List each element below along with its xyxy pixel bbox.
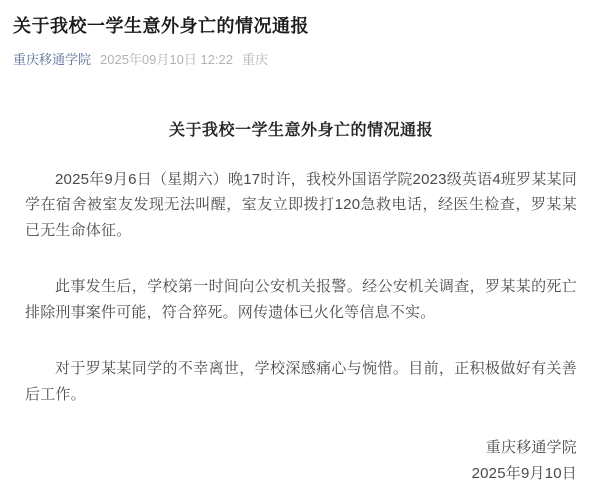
signature-date: 2025年9月10日 bbox=[25, 461, 577, 487]
source-account-link[interactable]: 重庆移通学院 bbox=[13, 52, 91, 67]
signature-issuer: 重庆移通学院 bbox=[25, 435, 577, 461]
article-paragraph-3: 对于罗某某同学的不幸离世，学校深感痛心与惋惜。目前，正积极做好有关善后工作。 bbox=[25, 356, 577, 407]
page-header: 关于我校一学生意外身亡的情况通报 重庆移通学院2025年09月10日 12:22… bbox=[0, 0, 600, 68]
article-paragraph-2: 此事发生后，学校第一时间向公安机关报警。经公安机关调查，罗某某的死亡排除刑事案件… bbox=[25, 274, 577, 325]
article-content: 关于我校一学生意外身亡的情况通报 2025年9月6日（星期六）晚17时许，我校外… bbox=[0, 118, 600, 487]
article-paragraph-1: 2025年9月6日（星期六）晚17时许，我校外国语学院2023级英语4班罗某某同… bbox=[25, 167, 577, 244]
publish-location: 重庆 bbox=[242, 52, 268, 67]
publish-datetime: 2025年09月10日 12:22 bbox=[100, 52, 233, 67]
page-title: 关于我校一学生意外身亡的情况通报 bbox=[13, 14, 585, 38]
news-article-page: 关于我校一学生意外身亡的情况通报 重庆移通学院2025年09月10日 12:22… bbox=[0, 0, 600, 490]
article-meta: 重庆移通学院2025年09月10日 12:22重庆 bbox=[13, 52, 585, 68]
article-title: 关于我校一学生意外身亡的情况通报 bbox=[25, 118, 577, 143]
